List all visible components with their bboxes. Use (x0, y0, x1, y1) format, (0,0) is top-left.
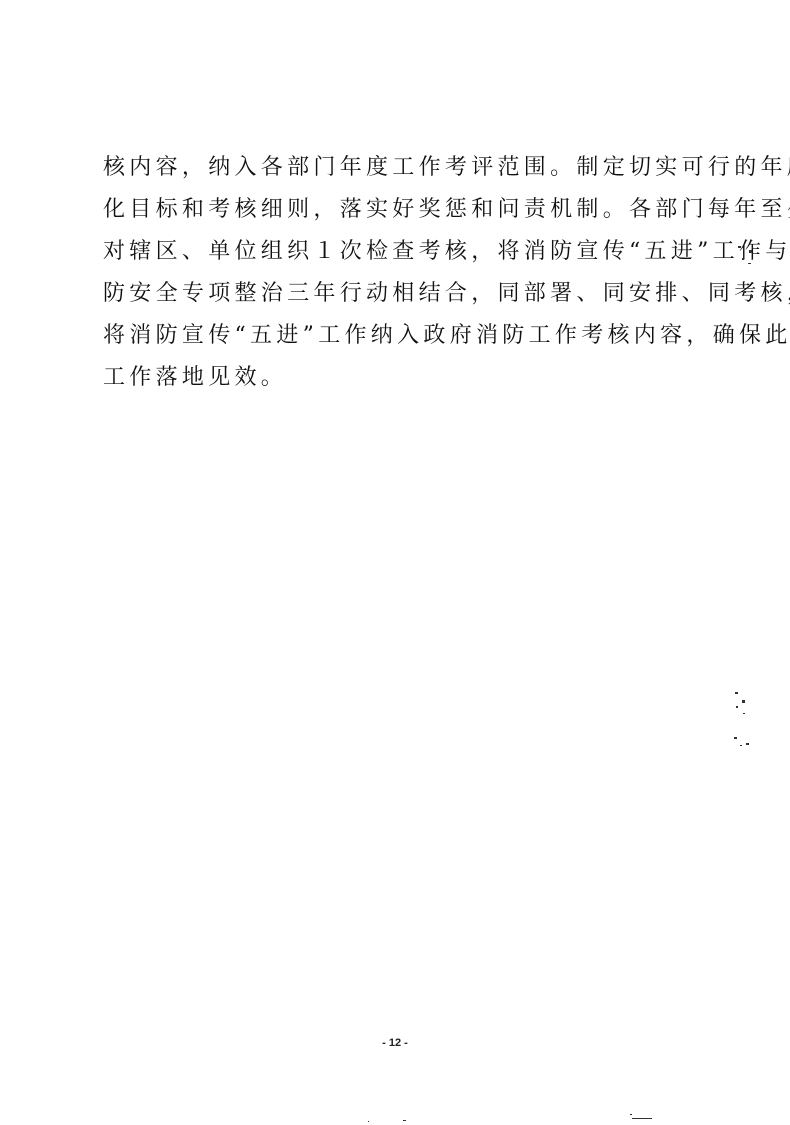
document-page: 核内容，纳入各部门年度工作考评范围。制定切实可行的年度量 化目标和考核细则，落实… (0, 0, 790, 1125)
text-line: 对辖区、单位组织１次检查考核，将消防宣传“五进”工作与消 (103, 234, 713, 276)
body-paragraph: 核内容，纳入各部门年度工作考评范围。制定切实可行的年度量 化目标和考核细则，落实… (103, 150, 713, 402)
text-line: 工作落地见效。 (103, 360, 713, 402)
text-line: 防安全专项整治三年行动相结合，同部署、同安排、同考核，并 (103, 276, 713, 318)
text-line: 核内容，纳入各部门年度工作考评范围。制定切实可行的年度量 (103, 150, 713, 192)
page-number: - 12 - (0, 1037, 790, 1049)
text-line: 将消防宣传“五进”工作纳入政府消防工作考核内容，确保此项 (103, 318, 713, 360)
text-line: 化目标和考核细则，落实好奖惩和问责机制。各部门每年至少要 (103, 192, 713, 234)
